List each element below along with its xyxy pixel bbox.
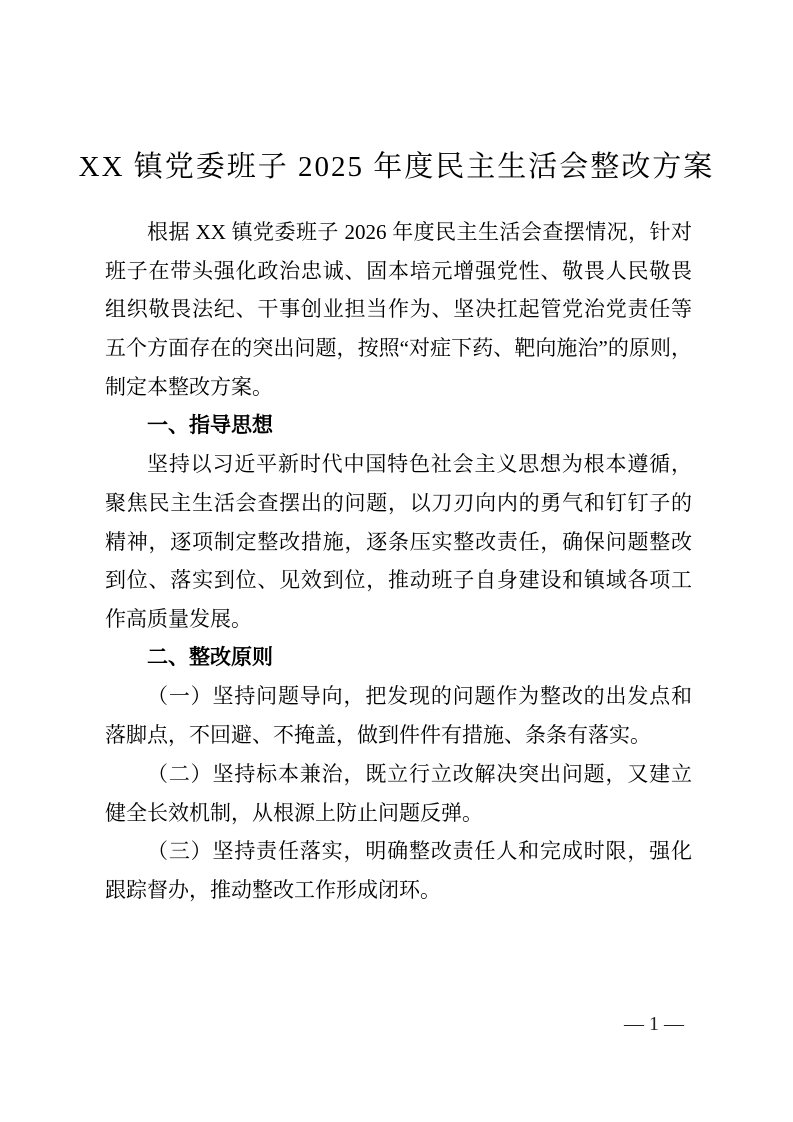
principle-paragraph-2: （二）坚持标本兼治，既立行立改解决突出问题，又建立健全长效机制，从根源上防止问题… [105,755,692,832]
page-number: — 1 — [624,1012,684,1036]
document-body: 根据 XX 镇党委班子 2026 年度民主生活会查摆情况，针对班子在带头强化政治… [105,213,692,910]
section-heading-rectification-principles: 二、整改原则 [105,639,692,678]
document-page: XX 镇党委班子 2025 年度民主生活会整改方案 根据 XX 镇党委班子 20… [0,0,793,1122]
intro-paragraph: 根据 XX 镇党委班子 2026 年度民主生活会查摆情况，针对班子在带头强化政治… [105,213,692,407]
document-title: XX 镇党委班子 2025 年度民主生活会整改方案 [0,0,793,186]
section-heading-guiding-ideology: 一、指导思想 [105,407,692,446]
principle-paragraph-1: （一）坚持问题导向，把发现的问题作为整改的出发点和落脚点，不回避、不掩盖，做到件… [105,677,692,754]
principle-paragraph-3: （三）坚持责任落实，明确整改责任人和完成时限，强化跟踪督办，推动整改工作形成闭环… [105,832,692,909]
guiding-ideology-paragraph: 坚持以习近平新时代中国特色社会主义思想为根本遵循，聚焦民主生活会查摆出的问题，以… [105,445,692,639]
